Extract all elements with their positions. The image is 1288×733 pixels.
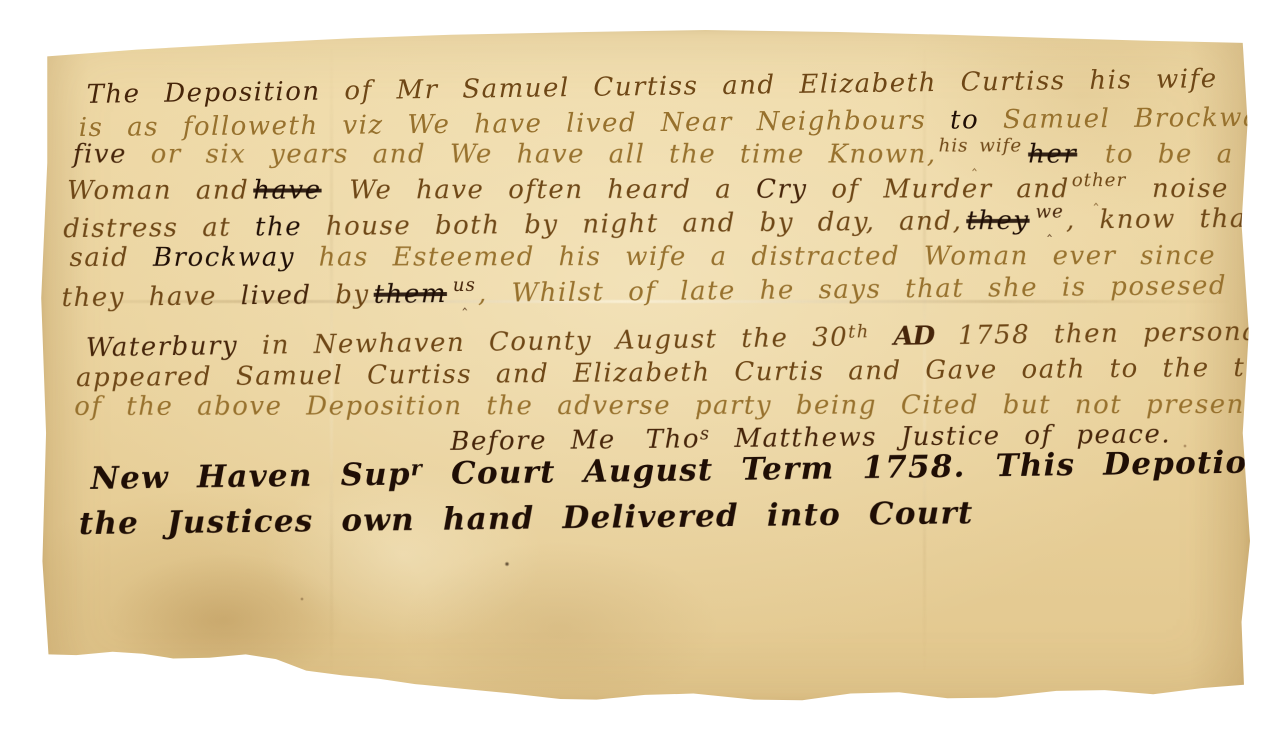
text-segment: , Whilst of late he says that she is pos…	[478, 271, 1227, 309]
text-segment: the	[255, 212, 302, 242]
text-segment: noise of	[1128, 174, 1281, 204]
text-segment: Woman and	[67, 176, 249, 206]
text-segment: by	[311, 280, 369, 311]
superscript-text: th	[848, 323, 870, 342]
text-segment: the Justices own hand Delivered into Cou…	[79, 495, 974, 542]
text-segment: five	[73, 140, 127, 170]
struck-text: her	[1028, 140, 1077, 170]
text-segment: has Esteemed his wife a distracted Woman…	[295, 241, 1216, 273]
text-segment: of Murder and	[808, 174, 1070, 204]
text-segment	[870, 322, 894, 352]
struck-text: have	[253, 175, 321, 205]
text-segment: Brockway	[153, 243, 295, 273]
text-segment: of Mr Samuel Curtiss and Elizabeth Curti…	[344, 64, 1218, 106]
text-segment: This Depotions was by	[995, 442, 1288, 484]
text-segment: to be a distracted	[1081, 140, 1288, 170]
text-segment: AD	[893, 321, 934, 352]
manuscript-line: is as followeth viz We have lived Near N…	[79, 105, 1277, 143]
manuscript-line: they have lived bythemus, Whilst of late…	[62, 273, 1228, 313]
text-segment: lived	[241, 280, 312, 311]
inserted-text: we	[1035, 202, 1064, 221]
manuscript-line: New Haven Supr Court August Term 1758.Th…	[90, 444, 1288, 496]
inserted-text: us	[453, 275, 476, 294]
text-segment: distress at	[63, 212, 255, 244]
text-segment: is as followeth viz We have lived Near N…	[79, 105, 951, 143]
manuscript-paper: The Deposition of Mr Samuel Curtiss and …	[40, 28, 1250, 703]
document-scan: The Deposition of Mr Samuel Curtiss and …	[0, 0, 1288, 733]
text-segment: Tho	[646, 424, 701, 455]
manuscript-line: said Brockway has Esteemed his wife a di…	[69, 243, 1216, 272]
superscript-text: r	[411, 457, 424, 479]
text-segment: Before Me	[450, 425, 616, 457]
manuscript-line: The Deposition of Mr Samuel Curtiss and …	[86, 66, 1217, 109]
text-segment: We have often heard a	[326, 175, 757, 206]
text-segment: said	[69, 243, 153, 273]
text-segment: house both by night and by day, and,	[302, 206, 962, 242]
text-segment: they have	[61, 281, 240, 313]
manuscript-line: of the above Deposition the adverse part…	[74, 392, 1257, 421]
text-segment: Court August Term 1758.	[423, 449, 966, 493]
inserted-text: other	[1072, 171, 1126, 190]
manuscript-text: The Deposition of Mr Samuel Curtiss and …	[38, 25, 1252, 706]
text-segment: , know that	[1066, 204, 1259, 236]
text-segment: or six years and We have all the time Kn…	[127, 140, 937, 170]
struck-text: them	[374, 279, 448, 310]
inserted-text: his wife	[939, 136, 1023, 155]
text-segment: The Deposition	[86, 76, 344, 110]
manuscript-line: distress at the house both by night and …	[63, 206, 1259, 244]
text-segment: of the above Deposition the adverse part…	[74, 390, 1257, 422]
text-segment: to	[950, 105, 979, 135]
text-segment: Waterbury	[86, 331, 239, 363]
text-segment: Samuel Brockway	[979, 103, 1276, 136]
struck-text: they	[966, 206, 1030, 237]
manuscript-line: the Justices own hand Delivered into Cou…	[79, 497, 974, 540]
text-segment: Cry	[756, 175, 808, 205]
text-segment: 1758 then personaly	[934, 316, 1285, 351]
superscript-text: s	[700, 425, 711, 444]
text-segment: New Haven Sup	[90, 456, 411, 496]
manuscript-line: Woman andhave We have often heard a Cry …	[67, 176, 1281, 205]
text-segment: in Newhaven County August the 30	[238, 323, 849, 362]
manuscript-line: five or six years and We have all the ti…	[73, 142, 1288, 169]
